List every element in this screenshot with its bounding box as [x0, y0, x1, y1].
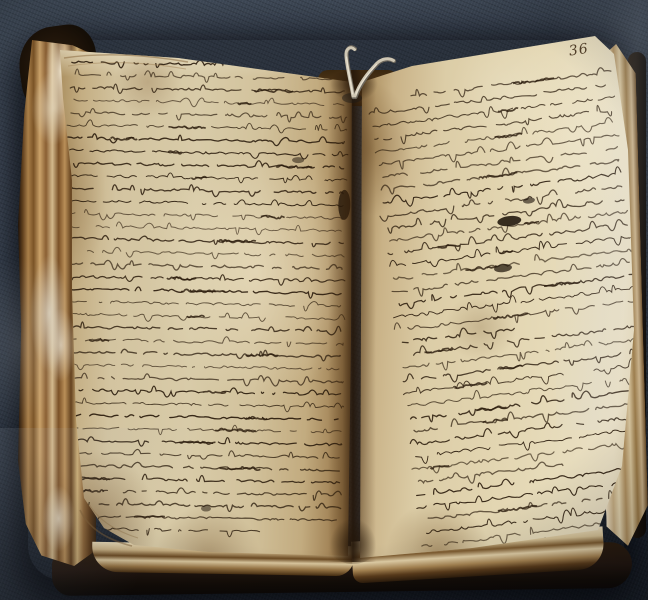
left-page-writing: [55, 48, 356, 558]
left-page: [58, 40, 358, 565]
book-gutter-shadow: [328, 70, 376, 562]
gutter-bottom-shadow: [322, 500, 384, 564]
museum-photo-scene: 36: [0, 0, 648, 600]
bookmark-thread: [318, 34, 408, 112]
